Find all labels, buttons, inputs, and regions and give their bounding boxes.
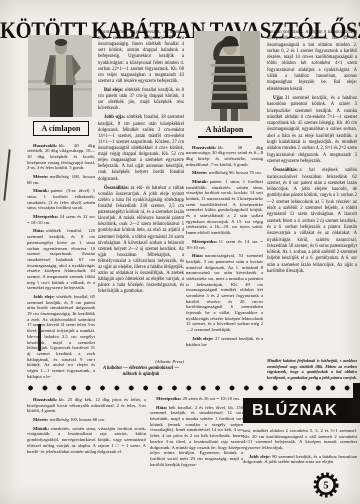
paragraph-lead: Méretpróba:: [192, 239, 217, 244]
back-cover-photo: [194, 31, 260, 121]
paragraph-text: az elő- és hátrészt a vállak vonalán öss…: [98, 186, 184, 295]
paragraph-text: sötétkék fonallal, 120 szemmel kezdjük, …: [27, 228, 95, 290]
paragraph-lead: Minták:: [192, 179, 208, 184]
paragraph: Háta:sötétkék fonallal, 120 szemmel kezd…: [27, 228, 95, 291]
paragraph-text: patent: 1 sima, 1 fordított ismétlődik; …: [186, 179, 263, 235]
paragraph-lead: Hozzávalók:: [33, 397, 58, 402]
paragraph-lead: Mérete:: [192, 170, 207, 175]
paragraph: tani, mindkét oldalon 2 soronként 5, 3, …: [243, 428, 357, 451]
paragraph-lead: Bal eleje:: [104, 88, 123, 93]
paragraph-lead: Méretpróba:: [33, 214, 58, 219]
paragraph-lead: Összeállítás:: [273, 168, 298, 173]
editor-note: A kabátot — ellentétes gombolással — nők…: [102, 366, 180, 378]
paragraph-lead: Ujja:: [273, 96, 283, 101]
paragraph-lead: Mérete:: [33, 417, 48, 422]
paragraph: Hozzávalók:kb. 50 dkg narancssárga, 20 d…: [186, 145, 263, 168]
paragraph: Mérete:mellbőség 96, hossza 70 cm.: [186, 170, 263, 176]
caption-cover: A címlapon: [33, 121, 89, 136]
paragraph-lead: Háta:: [156, 405, 167, 410]
paragraph-lead: Jobb ujja:: [104, 115, 125, 120]
print-artifact: [38, 324, 41, 351]
paragraph-lead: Méretpróba:: [156, 396, 181, 401]
paragraph: Méretpróba:29 szem és 36 sor = 10×10 cm.: [150, 396, 243, 402]
paragraph: Minták:patent: 1 sima, 1 fordított ismét…: [186, 179, 263, 236]
column-back-right: sonlóan dolgozunk. A sorban 9 narancsszí…: [267, 30, 357, 380]
paragraph-lead: Háta:: [192, 253, 203, 258]
column-cover-right: láncolt szemek helyére tesszük, és újból…: [98, 30, 184, 378]
paragraph-lead: Minták:: [33, 426, 49, 431]
paragraph-lead: Háta:: [33, 228, 44, 233]
paragraph-text: kék fonallal, 2 és feles tűvel, kb. 150 …: [150, 405, 243, 467]
paragraph: Háta:narancssárgával, 53 szemmel kezdjük…: [186, 253, 263, 333]
paragraph: Méretpróba:24 szem és 32 sor = 10×10 cm.: [27, 214, 95, 225]
paragraph-lead: Hozzávalók:: [33, 143, 58, 148]
paragraph: Jobb eleje:27 szemmel kezdjük, és a hátá…: [186, 336, 263, 347]
column-blouse-1: Hozzávalók:kb. 25 dkg kék, 12 dkg piros …: [27, 397, 146, 501]
paragraph-lead: Jobb eleje:: [33, 294, 55, 299]
paragraph: Bal eleje:sötétkék fonallal kezdjük, és …: [98, 88, 184, 112]
paragraph-lead: Összeállítás:: [104, 186, 129, 191]
caption-back-cover: A hátlapon: [198, 125, 252, 138]
paragraph-lead: Jobb eleje:: [192, 336, 214, 341]
paragraph-text: narancssárgával, 53 szemmel kezdjük, 3 c…: [186, 253, 263, 332]
magazine-page: KÖTÖTT KABÁTBAN TAVASZTÓL ŐSZIG A címlap…: [0, 0, 360, 504]
paragraph-text: mellbőség 100, hossza 60 cm.: [50, 417, 105, 422]
paragraph: sonlóan dolgozunk. A sorban 9 narancsszí…: [267, 30, 357, 93]
paragraph-text: tani, mindkét oldalon 2 soronként 5, 3, …: [243, 428, 357, 450]
print-artifact: [3, 149, 10, 201]
paragraph: Jobb ujja:sötétkék fonallal, 38 szemmel …: [98, 115, 184, 182]
paragraph: Háta:kék fonallal, 2 és feles tűvel, kb.…: [150, 405, 243, 468]
paragraph: láncolt szemek helyére tesszük, és újból…: [98, 30, 184, 85]
paragraph-lead: Jobb eleje:: [249, 454, 271, 459]
paragraph: Hozzávalók:kb. 20 dkg sötétkék, 20 dkg v…: [27, 143, 95, 171]
column-back-left: A hátlapon Hozzávalók:kb. 50 dkg narancs…: [186, 31, 263, 384]
paragraph: Összeállítás:a bal elejének szélén naran…: [267, 168, 357, 275]
advice-footnote: Mindkét kabátot férfiaknak is köthetjük,…: [267, 358, 357, 380]
paragraph-text: mellbőség 96, hossza 70 cm.: [209, 170, 262, 175]
paragraph: Minták:patent: (3-as tűvel) 1 sima, 1 fo…: [27, 188, 95, 211]
paragraph-lead: Mérete:: [33, 174, 48, 179]
photo-credit: (Atlantic Press): [98, 359, 184, 364]
paragraph-lead: Minták:: [33, 188, 49, 193]
page-number: 5: [323, 481, 328, 492]
paragraph: Összeállítás:az elő- és hátrészt a válla…: [98, 186, 184, 296]
blouse-banner: BLÚZNAK: [243, 398, 360, 423]
paragraph-text: sonlóan dolgozunk. A sorban 9 narancsszí…: [267, 30, 357, 92]
paragraph-text: 29 szem és 36 sor = 10×10 cm.: [183, 396, 240, 401]
paragraph-lead: Hozzávalók:: [192, 145, 217, 150]
column-blouse-2: Méretpróba:29 szem és 36 sor = 10×10 cm.…: [150, 396, 243, 501]
paragraph-text: sötétkék fonallal, 38 szemmel kezdjük, 8…: [98, 115, 184, 181]
paragraph: Hozzávalók:kb. 25 dkg kék, 12 dkg piros …: [27, 397, 146, 414]
paragraph: Méretpróba:11 szem és 14 sor = 10×10 cm.: [186, 239, 263, 250]
paragraph: Jobb eleje:80 szemmel kezdjük, és a hátá…: [243, 454, 357, 465]
paragraph: Mérete:mellbőség 108, hossza 68 cm.: [27, 174, 95, 185]
paragraph: Minták:simakötés: színén sima, visszáján…: [27, 426, 146, 454]
page-edge-mark: [353, 383, 360, 399]
paragraph-text: a bal elejének szélén narancsszínűvel ho…: [267, 168, 357, 274]
dots-separator: [27, 384, 358, 392]
paragraph-text: láncolt szemek helyére tesszük, és újból…: [98, 30, 184, 84]
paragraph: Mérete:mellbőség 100, hossza 60 cm.: [27, 417, 146, 423]
paragraph-text: 31 szemmel kezdjük, és a hátához hasonló…: [267, 96, 357, 164]
cover-photo: [28, 35, 92, 117]
paragraph: Ujja:31 szemmel kezdjük, és a hátához ha…: [267, 96, 357, 165]
page-number-rosette-icon: 5: [312, 471, 340, 499]
